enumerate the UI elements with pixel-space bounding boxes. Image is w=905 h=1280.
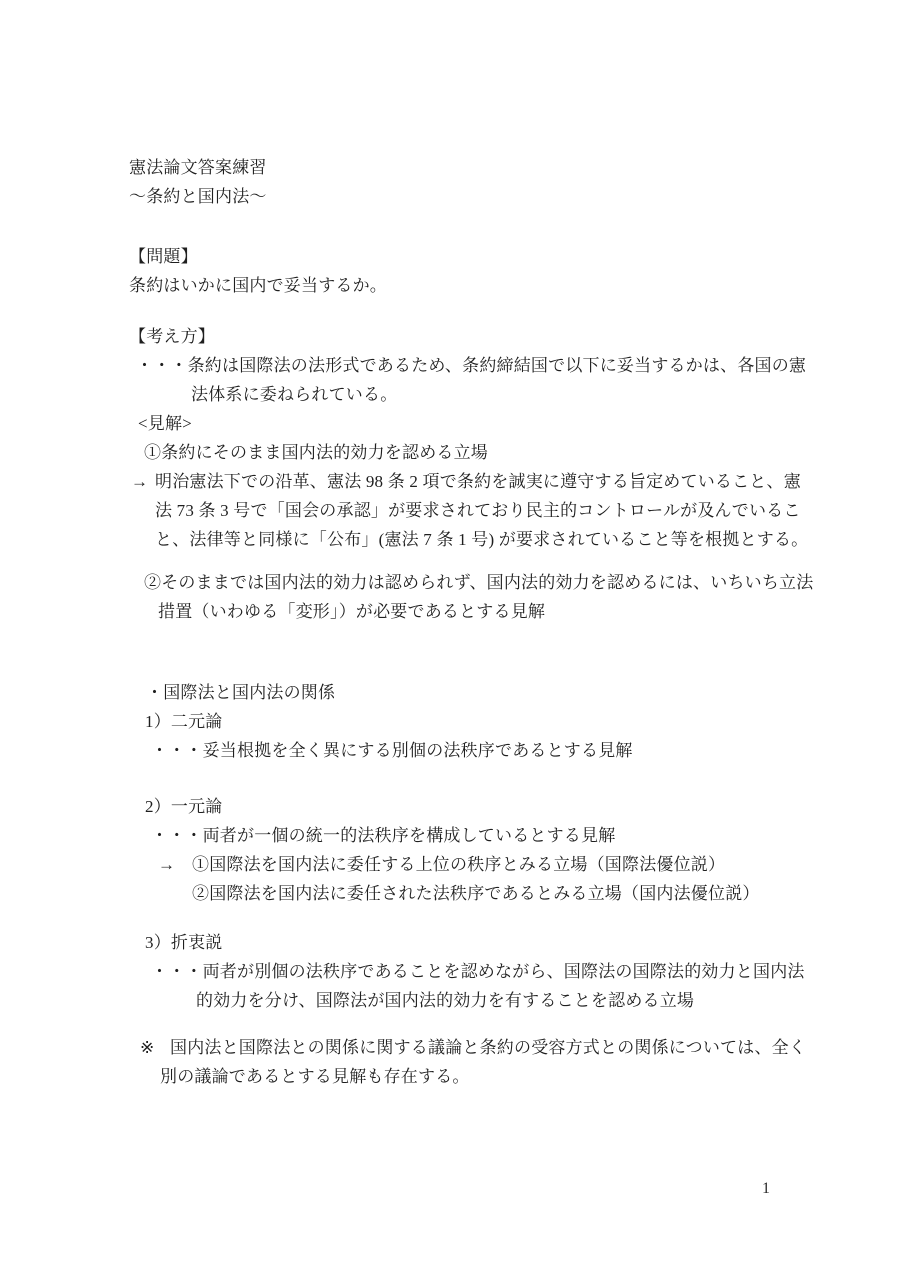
view1-reason-line-3: と、法律等と同様に「公布」(憲法 7 条 1 号) が要求されていること等を根拠… [155,525,815,554]
relation-item2-label: 2）一元論 [145,792,815,821]
relation-item1-label: 1）二元論 [145,707,815,736]
note-line-2: 別の議論であるとする見解も存在する。 [160,1062,815,1091]
document-subtitle: ～条約と国内法～ [129,182,815,211]
page-number: 1 [762,1180,770,1198]
view2-line-2: 措置（いわゆる「変形」）が必要であるとする見解 [158,597,815,626]
problem-text: 条約はいかに国内で妥当するか。 [129,271,815,300]
approach-intro-line-2: 法体系に委ねられている。 [191,380,815,409]
approach-intro-line-1: ・・・条約は国際法の法形式であるため、条約締結国で以下に妥当するかは、各国の憲 [136,351,815,380]
note-line-1: ※ 国内法と国際法との関係に関する議論と条約の受容方式との関係については、全く [140,1033,815,1062]
view1-heading: ①条約にそのまま国内法的効力を認める立場 [144,438,815,467]
spacer [129,1015,815,1033]
spacer [129,211,815,242]
document-title: 憲法論文答案練習 [129,153,815,182]
relation-item2-desc: ・・・両者が一個の統一的法秩序を構成しているとする見解 [151,821,815,850]
document-page: 憲法論文答案練習 ～条約と国内法～ 【問題】 条約はいかに国内で妥当するか。 【… [0,0,905,1280]
document-body: 憲法論文答案練習 ～条約と国内法～ 【問題】 条約はいかに国内で妥当するか。 【… [129,153,815,1091]
spacer [129,908,815,928]
view1-reason-line-1: → 明治憲法下での沿革、憲法 98 条 2 項で条約を誠実に遵守する旨定めている… [131,467,815,496]
approach-header: 【考え方】 [129,322,815,351]
relation-item3-desc-line-1: ・・・両者が別個の法秩序であることを認めながら、国際法の国際法的効力と国内法 [151,957,815,986]
view2-line-1: ②そのままでは国内法的効力は認められず、国内法的効力を認めるには、いちいち立法 [144,568,815,597]
relation-item2-sub-line-1: → ①国際法を国内法に委任する上位の秩序とみる立場（国際法優位説） [158,850,815,879]
relation-item3-label: 3）折衷説 [145,928,815,957]
views-header: <見解> [138,409,815,438]
relation-item3-desc-line-2: 的効力を分け、国際法が国内法的効力を有することを認める立場 [196,986,815,1015]
arrow-icon: → [131,467,155,496]
reference-mark-icon: ※ [140,1033,170,1062]
spacer [129,626,815,678]
spacer [129,300,815,322]
spacer [129,554,815,568]
arrow-icon: → [158,850,192,879]
relation-item2-sub-line-2: ②国際法を国内法に委任された法秩序であるとみる立場（国内法優位説） [192,879,815,908]
relation-item2-sub1-text: ①国際法を国内法に委任する上位の秩序とみる立場（国際法優位説） [192,850,725,879]
note-text-1: 国内法と国際法との関係に関する議論と条約の受容方式との関係については、全く [170,1033,806,1062]
view1-reason-line-2: 法 73 条 3 号で「国会の承認」が要求されており民主的コントロールが及んでい… [155,496,815,525]
spacer [129,765,815,792]
relation-header: ・国際法と国内法の関係 [146,678,815,707]
problem-header: 【問題】 [129,242,815,271]
view1-reason-text-1: 明治憲法下での沿革、憲法 98 条 2 項で条約を誠実に遵守する旨定めていること… [155,467,801,496]
relation-item1-desc: ・・・妥当根拠を全く異にする別個の法秩序であるとする見解 [151,736,815,765]
